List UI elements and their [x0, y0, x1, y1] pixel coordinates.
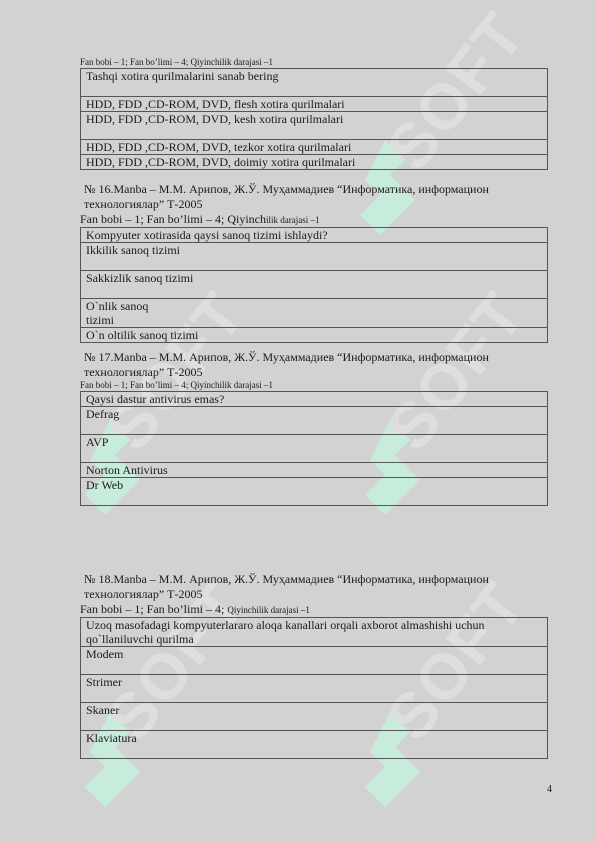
answer-option: O`nlik sanoqtizimi: [81, 299, 548, 328]
question-text: Tashqi xotira qurilmalarini sanab bering: [81, 69, 548, 97]
page-number: 4: [547, 784, 552, 795]
question-meta: Fan bobi – 1; Fan bo’limi – 4; Qiyinchil…: [80, 57, 548, 68]
question-16: № 16.Manba – M.M. Арипов, Ж.Ў. Муҳаммади…: [80, 182, 548, 343]
question-meta: Fan bobi – 1; Fan bo’limi – 4; Qiyinchil…: [80, 602, 548, 617]
question-source: № 18.Manba – M.M. Арипов, Ж.Ў. Муҳаммади…: [80, 572, 548, 587]
question-table: Kompyuter xotirasida qaysi sanoq tizimi …: [80, 227, 548, 343]
answer-option: Ikkilik sanoq tizimi: [81, 243, 548, 271]
question-meta: Fan bobi – 1; Fan bo’limi – 4; Qiyinchil…: [80, 212, 548, 227]
question-text: Uzoq masofadagi kompyuterlararo aloqa ka…: [81, 618, 548, 647]
question-source: технологиялар” Т-2005: [80, 197, 548, 212]
question-15: Fan bobi – 1; Fan bo’limi – 4; Qiyinchil…: [80, 57, 548, 170]
answer-option: Sakkizlik sanoq tizimi: [81, 271, 548, 299]
answer-option: O`n oltilik sanoq tizimi: [81, 328, 548, 343]
answer-option: AVP: [81, 435, 548, 463]
question-18: № 18.Manba – M.M. Арипов, Ж.Ў. Муҳаммади…: [80, 572, 548, 759]
answer-option: Strimer: [81, 675, 548, 703]
question-meta: Fan bobi – 1; Fan bo’limi – 4; Qiyinchil…: [80, 380, 548, 391]
answer-option: HDD, FDD ,CD-ROM, DVD, kesh xotira quril…: [81, 112, 548, 140]
answer-option: Klaviatura: [81, 731, 548, 759]
question-text: Kompyuter xotirasida qaysi sanoq tizimi …: [81, 228, 548, 243]
answer-option: Defrag: [81, 407, 548, 435]
answer-option: Modem: [81, 647, 548, 675]
answer-option: Skaner: [81, 703, 548, 731]
answer-option: Dr Web: [81, 478, 548, 506]
question-table: Qaysi dastur antivirus emas? Defrag AVP …: [80, 391, 548, 506]
question-source: № 17.Manba – M.M. Арипов, Ж.Ў. Муҳаммади…: [80, 350, 548, 365]
question-source: технологиялар” Т-2005: [80, 587, 548, 602]
question-source: технологиялар” Т-2005: [80, 365, 548, 380]
document-page: SOFT SOFT SOFT SOFT SOFT Fan bobi – 1; F…: [0, 0, 596, 842]
question-source: № 16.Manba – M.M. Арипов, Ж.Ў. Муҳаммади…: [80, 182, 548, 197]
question-17: № 17.Manba – M.M. Арипов, Ж.Ў. Муҳаммади…: [80, 350, 548, 506]
answer-option: Norton Antivirus: [81, 463, 548, 478]
question-text: Qaysi dastur antivirus emas?: [81, 392, 548, 407]
answer-option: HDD, FDD ,CD-ROM, DVD, doimiy xotira qur…: [81, 155, 548, 170]
answer-option: HDD, FDD ,CD-ROM, DVD, tezkor xotira qur…: [81, 140, 548, 155]
question-table: Uzoq masofadagi kompyuterlararo aloqa ka…: [80, 617, 548, 759]
question-table: Tashqi xotira qurilmalarini sanab bering…: [80, 68, 548, 170]
answer-option: HDD, FDD ,CD-ROM, DVD, flesh xotira quri…: [81, 97, 548, 112]
